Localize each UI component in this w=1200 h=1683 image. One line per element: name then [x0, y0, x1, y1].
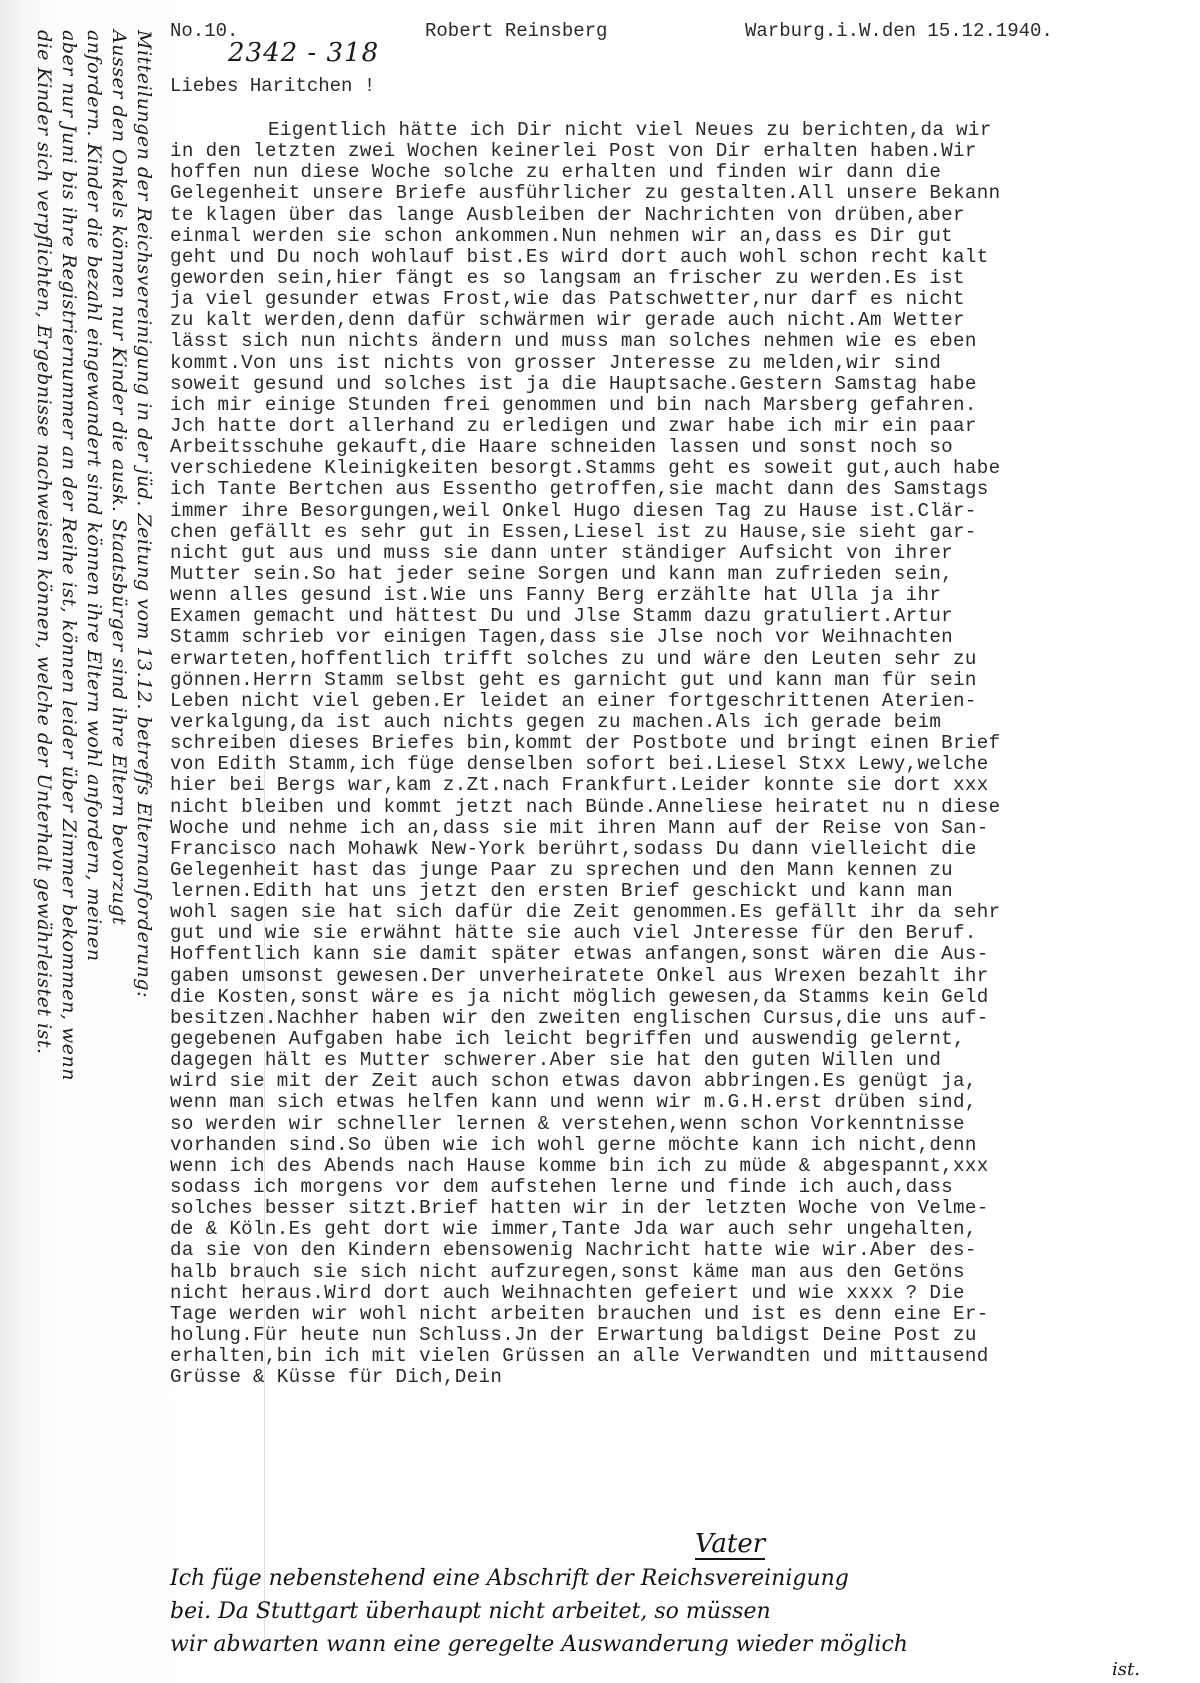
body-line: von Edith Stamm,ich füge denselben sofor…: [170, 754, 1200, 775]
body-line: Arbeitsschuhe gekauft,die Haare schneide…: [170, 437, 1200, 458]
body-line: holung.Für heute nun Schluss.Jn der Erwa…: [170, 1325, 1200, 1346]
body-line: wird sie mit der Zeit auch schon etwas d…: [170, 1071, 1200, 1092]
body-line: Gelegenheit hast das junge Paar zu sprec…: [170, 860, 1200, 881]
body-line: nicht gut aus und muss sie dann unter st…: [170, 543, 1200, 564]
body-line: einmal werden sie schon ankommen.Nun neh…: [170, 226, 1200, 247]
body-line: nicht bleiben und kommt jetzt nach Bünde…: [170, 797, 1200, 818]
body-line: wenn alles gesund ist.Wie uns Fanny Berg…: [170, 585, 1200, 606]
body-line: gut und wie sie erwähnt hätte sie auch v…: [170, 923, 1200, 944]
body-line: wenn man sich etwas helfen kann und wenn…: [170, 1092, 1200, 1113]
body-line: soweit gesund und solches ist ja die Hau…: [170, 374, 1200, 395]
body-line: de & Köln.Es geht dort wie immer,Tante J…: [170, 1219, 1200, 1240]
margin-note-line: anfordern. Kinder die bezahl eingewander…: [81, 30, 106, 1640]
salutation: Liebes Haritchen !: [170, 75, 375, 97]
margin-note-line: die Kinder sich verpflichten, Ergebnisse…: [31, 30, 56, 1640]
letter-page: Mitteilungen der Reichsvereinigung in de…: [0, 0, 1200, 1683]
body-line: so werden wir schneller lernen & versteh…: [170, 1114, 1200, 1135]
handwritten-postscript: Ich füge nebenstehend eine Abschrift der…: [170, 1562, 1180, 1679]
postscript-line: ist.: [170, 1661, 1180, 1679]
body-line: da sie von den Kindern ebensowenig Nachr…: [170, 1240, 1200, 1261]
body-line: besitzen.Nachher haben wir den zweiten e…: [170, 1008, 1200, 1029]
body-line: Jch hatte dort allerhand zu erledigen un…: [170, 416, 1200, 437]
body-line: Gelegenheit unsere Briefe ausführlicher …: [170, 183, 1200, 204]
body-line: chen gefällt es sehr gut in Essen,Liesel…: [170, 522, 1200, 543]
body-line: dagegen hält es Mutter schwerer.Aber sie…: [170, 1050, 1200, 1071]
body-line: hier bei Bergs war,kam z.Zt.nach Frankfu…: [170, 775, 1200, 796]
body-line: Tage werden wir wohl nicht arbeiten brau…: [170, 1304, 1200, 1325]
body-line: solches besser sitzt.Brief hatten wir in…: [170, 1198, 1200, 1219]
body-line: Grüsse & Küsse für Dich,Dein: [170, 1367, 1200, 1388]
body-line: Eigentlich hätte ich Dir nicht viel Neue…: [170, 120, 1200, 141]
archive-annotation: 2342 - 318: [228, 38, 379, 68]
body-line: te klagen über das lange Ausbleiben der …: [170, 205, 1200, 226]
body-line: verschiedene Kleinigkeiten besorgt.Stamm…: [170, 458, 1200, 479]
body-line: nicht heraus.Wird dort auch Weihnachten …: [170, 1283, 1200, 1304]
body-line: gönnen.Herrn Stamm selbst geht es garnic…: [170, 670, 1200, 691]
body-line: ich mir einige Stunden frei genommen und…: [170, 395, 1200, 416]
body-line: erhalten,bin ich mit vielen Grüssen an a…: [170, 1346, 1200, 1367]
place-date: Warburg.i.W.den 15.12.1940.: [745, 20, 1053, 42]
body-line: erwarteten,hoffentlich trifft solches zu…: [170, 649, 1200, 670]
body-line: wenn ich des Abends nach Hause komme bin…: [170, 1156, 1200, 1177]
body-line: sodass ich morgens vor dem aufstehen ler…: [170, 1177, 1200, 1198]
body-line: schreiben dieses Briefes bin,kommt der P…: [170, 733, 1200, 754]
body-line: Leben nicht viel geben.Er leidet an eine…: [170, 691, 1200, 712]
body-line: wohl sagen sie hat sich dafür die Zeit g…: [170, 902, 1200, 923]
margin-note-line: Ausser den Onkels können nur Kinder die …: [106, 30, 131, 1640]
body-line: hoffen nun diese Woche solche zu erhalte…: [170, 162, 1200, 183]
margin-note-line: Mitteilungen der Reichsvereinigung in de…: [131, 30, 156, 1640]
body-line: ich Tante Bertchen aus Essentho getroffe…: [170, 479, 1200, 500]
body-line: immer ihre Besorgungen,weil Onkel Hugo d…: [170, 501, 1200, 522]
postscript-line: bei. Da Stuttgart überhaupt nicht arbeit…: [170, 1595, 1180, 1628]
body-line: kommt.Von uns ist nichts von grosser Jnt…: [170, 353, 1200, 374]
postscript-line: wir abwarten wann eine geregelte Auswand…: [170, 1628, 1180, 1661]
body-line: verkalgung,da ist auch nichts gegen zu m…: [170, 712, 1200, 733]
body-line: halb brauch sie sich nicht aufzuregen,so…: [170, 1262, 1200, 1283]
sender-name: Robert Reinsberg: [425, 20, 607, 42]
body-line: geworden sein,hier fängt es so langsam a…: [170, 268, 1200, 289]
signature: Vater: [695, 1530, 765, 1560]
handwritten-margin-note: Mitteilungen der Reichsvereinigung in de…: [21, 30, 156, 1640]
body-line: Francisco nach Mohawk New-York berührt,s…: [170, 839, 1200, 860]
body-line: ja viel gesunder etwas Frost,wie das Pat…: [170, 289, 1200, 310]
body-line: Stamm schrieb vor einigen Tagen,dass sie…: [170, 627, 1200, 648]
margin-note-line: aber nur Juni bis ihre Registriernummer …: [56, 30, 81, 1640]
body-line: vorhanden sind.So üben wie ich wohl gern…: [170, 1135, 1200, 1156]
body-line: geht und Du noch wohlauf bist.Es wird do…: [170, 247, 1200, 268]
body-line: gegebenen Aufgaben habe ich leicht begri…: [170, 1029, 1200, 1050]
postscript-line: Ich füge nebenstehend eine Abschrift der…: [170, 1562, 1180, 1595]
body-line: in den letzten zwei Wochen keinerlei Pos…: [170, 141, 1200, 162]
body-line: Mutter sein.So hat jeder seine Sorgen un…: [170, 564, 1200, 585]
body-line: Examen gemacht und hättest Du und Jlse S…: [170, 606, 1200, 627]
body-line: zu kalt werden,denn dafür schwärmen wir …: [170, 310, 1200, 331]
body-line: lernen.Edith hat uns jetzt den ersten Br…: [170, 881, 1200, 902]
letter-body: Eigentlich hätte ich Dir nicht viel Neue…: [170, 120, 1200, 1388]
body-line: Hoffentlich kann sie damit später etwas …: [170, 944, 1200, 965]
body-line: Woche und nehme ich an,dass sie mit ihre…: [170, 818, 1200, 839]
body-line: die Kosten,sonst wäre es ja nicht möglic…: [170, 987, 1200, 1008]
body-line: lässt sich nun nichts ändern und muss ma…: [170, 331, 1200, 352]
body-line: gaben umsonst gewesen.Der unverheiratete…: [170, 966, 1200, 987]
